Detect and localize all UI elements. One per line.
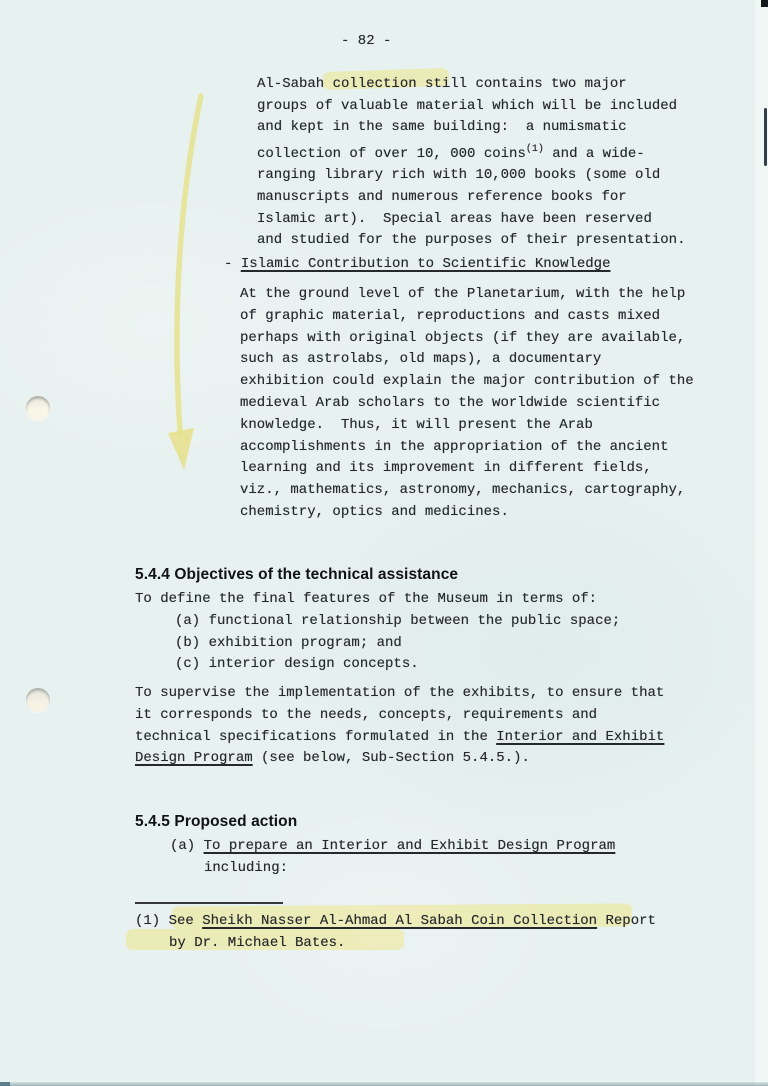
supervise-line4-post: (see below, Sub-Section 5.4.5.). [253,750,530,766]
intro-line-7: Islamic art). Special areas have been re… [257,209,685,231]
item-a-prefix: (a) [170,838,204,854]
footnote: (1) See Sheikh Nasser Al-Ahmad Al Sabah … [135,910,656,954]
footnote-reference-superscript: (1) [526,144,544,155]
interior-exhibit-underlined: Interior and Exhibit [496,729,664,745]
intro-line-6: manuscripts and numerous reference books… [257,187,685,209]
scan-bottom-edge [0,1082,768,1086]
intro-paragraph: Al-Sabah collection still contains two m… [257,74,685,252]
planetarium-line: accomplishments in the appropriation of … [240,437,694,459]
supervise-line-1: To supervise the implementation of the e… [135,683,664,705]
intro-line4-post: and a wide- [544,146,645,162]
planetarium-line: learning and its improvement in differen… [240,458,694,480]
scan-bottom-edge-tip [0,1082,10,1086]
planetarium-line: viz., mathematics, astronomy, mechanics,… [240,480,694,502]
footnote-line1-post: Report [597,913,656,929]
objective-item-c: (c) interior design concepts. [175,654,620,676]
intro-line-3: and kept in the same building: a numisma… [257,117,685,139]
scan-edge-dark-line [764,108,767,166]
islamic-contribution-heading: - Islamic Contribution to Scientific Kno… [224,254,610,276]
proposed-action-item-a: (a) To prepare an Interior and Exhibit D… [170,836,615,879]
planetarium-line: chemistry, optics and medicines. [240,502,694,524]
supervise-line-3: technical specifications formulated in t… [135,727,664,749]
objective-item-b: (b) exhibition program; and [175,633,620,655]
item-a-line-2: including: [204,858,615,880]
scan-corner-mark [761,0,768,7]
footnote-underlined-title: Sheikh Nasser Al-Ahmad Al Sabah Coin Col… [202,913,597,929]
section-545-heading: 5.4.5 Proposed action [135,813,297,831]
section-544-heading: 5.4.4 Objectives of the technical assist… [135,566,458,584]
intro-line-8: and studied for the purposes of their pr… [257,230,685,252]
intro-line4-pre: collection of over 10, 000 coins [257,146,526,162]
intro-line1-pre: Al-Sabah [257,76,333,92]
section-544-intro: To define the final features of the Muse… [135,589,597,611]
hole-punch-top [26,396,50,420]
supervise-paragraph: To supervise the implementation of the e… [135,683,664,770]
objective-item-a: (a) functional relationship between the … [175,611,620,633]
planetarium-line: perhaps with original objects (if they a… [240,328,694,350]
intro-line-2: groups of valuable material which will b… [257,96,685,118]
islamic-contribution-heading-text: Islamic Contribution to Scientific Knowl… [241,256,611,272]
heading-dash: - [224,256,241,272]
planetarium-line: medieval Arab scholars to the worldwide … [240,393,694,415]
footnote-line-2: by Dr. Michael Bates. [169,932,656,954]
planetarium-line: of graphic material, reproductions and c… [240,306,694,328]
supervise-line-4: Design Program (see below, Sub-Section 5… [135,748,664,770]
planetarium-line: exhibition could explain the major contr… [240,371,694,393]
scanned-document-page: - 82 - Al-Sabah collection still contain… [0,0,768,1086]
design-program-underlined: Design Program [135,750,253,766]
section-544-items: (a) functional relationship between the … [175,611,620,676]
footnote-separator-rule [135,902,283,904]
intro-line1-post: contains two major [467,76,627,92]
hole-punch-bottom [26,688,50,712]
supervise-line3-pre: technical specifications formulated in t… [135,729,496,745]
planetarium-paragraph: At the ground level of the Planetarium, … [240,284,694,524]
intro-line-1: Al-Sabah collection still contains two m… [257,74,685,96]
intro-line-5: ranging library rich with 10,000 books (… [257,165,685,187]
intro-line1-highlighted-text: collection still [333,76,467,92]
item-a-underlined-text: To prepare an Interior and Exhibit Desig… [204,838,616,854]
item-a-line-1: (a) To prepare an Interior and Exhibit D… [170,836,615,858]
planetarium-line: At the ground level of the Planetarium, … [240,284,694,306]
planetarium-line: such as astrolabs, old maps), a document… [240,349,694,371]
page-number: - 82 - [341,31,391,53]
footnote-line1-pre: (1) See [135,913,202,929]
supervise-line-2: it corresponds to the needs, concepts, r… [135,705,664,727]
planetarium-line: knowledge. Thus, it will present the Ara… [240,415,694,437]
intro-line-4: collection of over 10, 000 coins(1) and … [257,139,685,166]
footnote-line-1: (1) See Sheikh Nasser Al-Ahmad Al Sabah … [135,910,656,932]
